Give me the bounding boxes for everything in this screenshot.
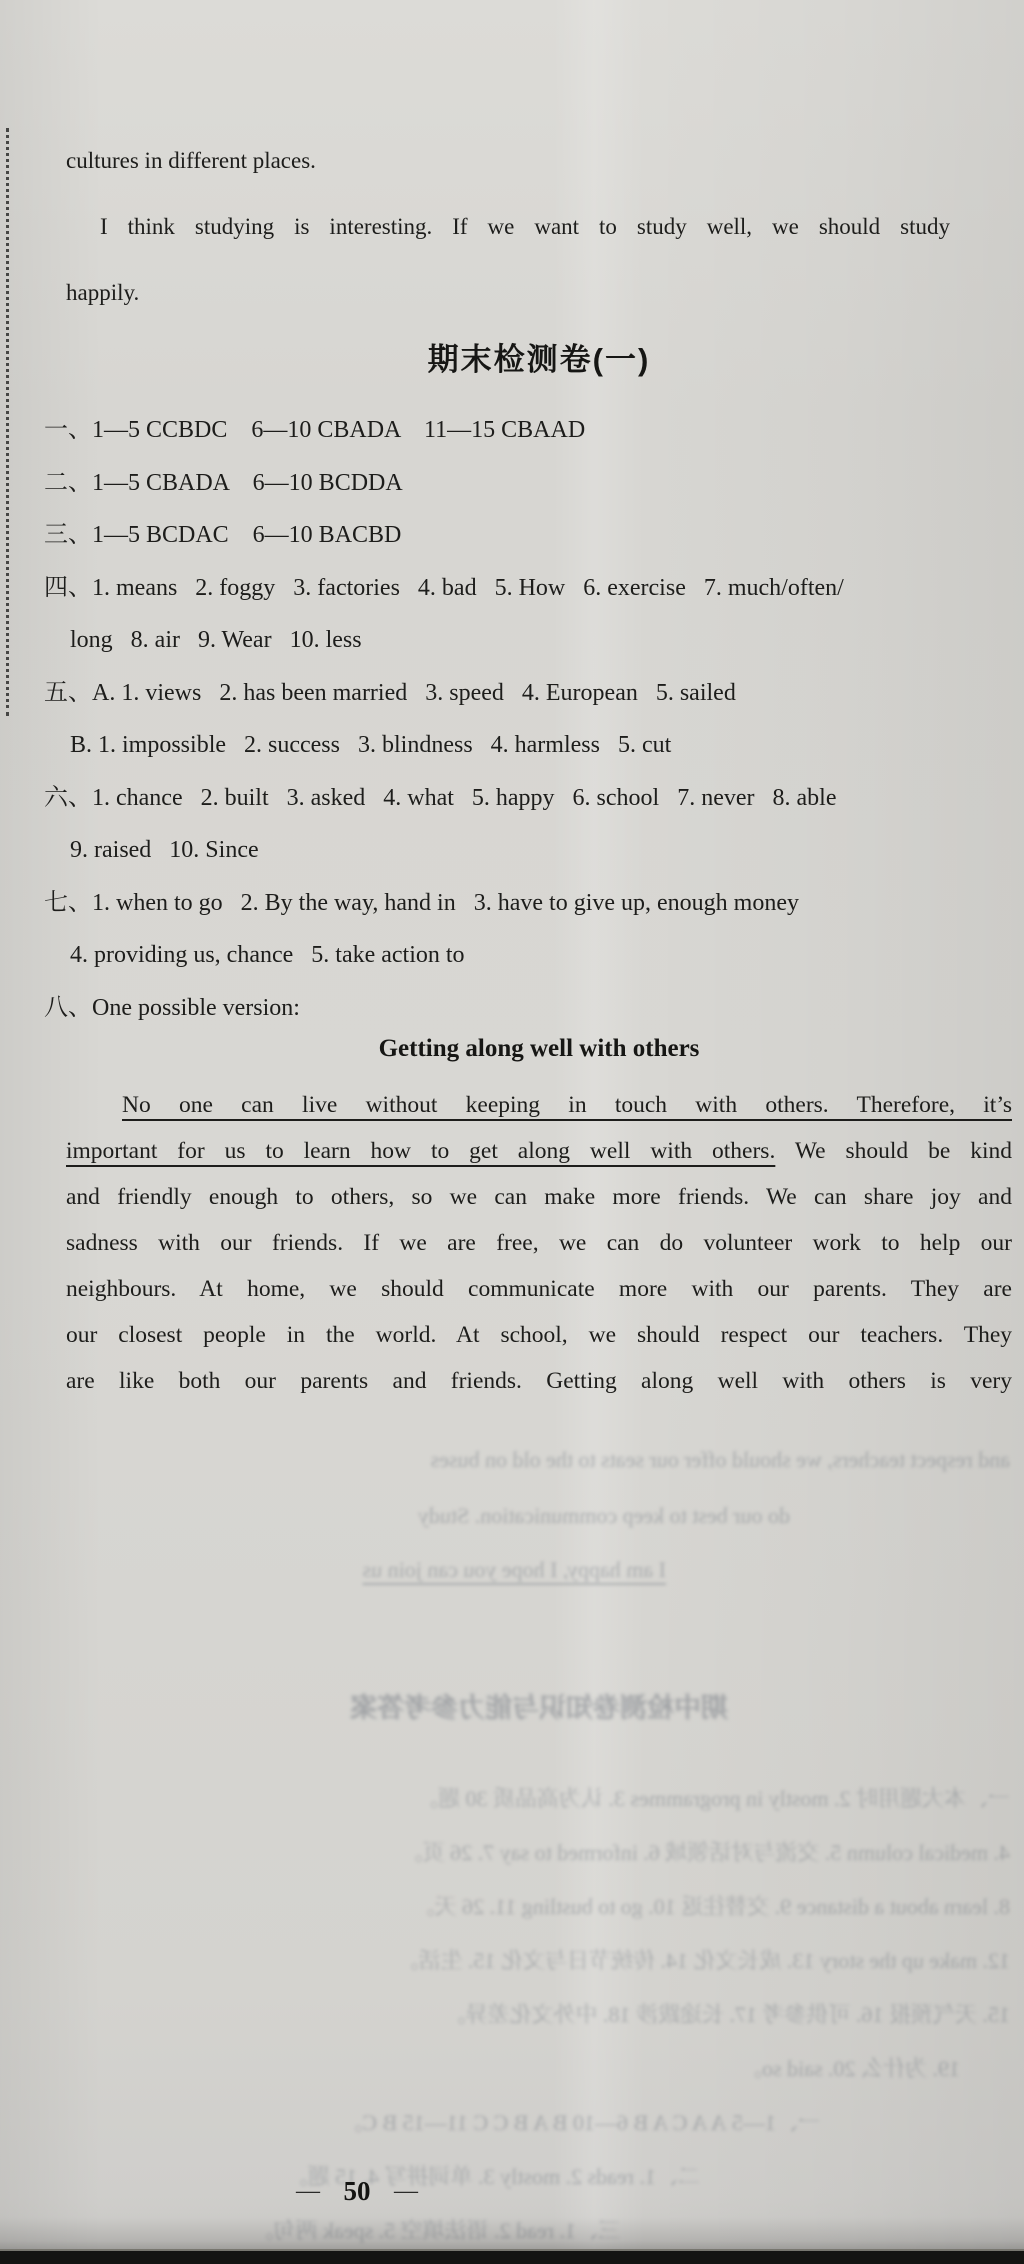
- bleed-through-line: and respect teachers, we should offer ou…: [60, 1447, 1010, 1473]
- paragraph-line: happily.: [66, 260, 950, 326]
- answer-line-5b: B. 1. impossible 2. success 3. blindness…: [44, 719, 1016, 772]
- bleed-through-line: do our best to keep communication. Study: [60, 1503, 790, 1529]
- essay-line: important for us to learn how to get alo…: [66, 1128, 1012, 1174]
- answer-key-block: 一、1—5 CCBDC 6—10 CBADA 11—15 CBAAD 二、1—5…: [44, 404, 1016, 1034]
- essay-text: neighbours. At home, we should communica…: [66, 1276, 1012, 1302]
- paragraph-line: cultures in different places.: [66, 128, 950, 194]
- essay-line: neighbours. At home, we should communica…: [66, 1266, 1012, 1312]
- bleed-through-line: 15. 天气预报 16. 可供参考 17. 长途跋涉 18. 中外文化差异。: [60, 1998, 1010, 2029]
- answer-line-4b: long 8. air 9. Wear 10. less: [44, 614, 1016, 667]
- bleed-through-line: 4. medical column 5. 交流与对话领域 6. informed…: [60, 1836, 1010, 1867]
- essay-line: sadness with our friends. If we are free…: [66, 1220, 1012, 1266]
- scanned-answer-page: cultures in different places. I think st…: [0, 0, 1024, 2264]
- bleed-through-heading: 期中检测卷知识与能力参考答案: [66, 1686, 1012, 1725]
- binding-dotted-line: [6, 128, 9, 716]
- bleed-through-line: 一、1—5 A A C A B 6—10 B A B C C 11—15 B C…: [60, 2106, 820, 2137]
- essay-text: are like both our parents and friends. G…: [66, 1368, 1012, 1394]
- essay-line: our closest people in the world. At scho…: [66, 1312, 1012, 1358]
- answer-line-3: 三、1—5 BCDAC 6—10 BACBD: [44, 509, 1016, 562]
- page-number-value: 50: [344, 2176, 371, 2207]
- essay-text: We should be kind: [775, 1138, 1012, 1164]
- answer-line-5a: 五、A. 1. views 2. has been married 3. spe…: [44, 667, 1016, 720]
- top-paragraph: cultures in different places. I think st…: [66, 128, 950, 326]
- page-number: — 50 —: [296, 2176, 418, 2207]
- answer-line-1: 一、1—5 CCBDC 6—10 CBADA 11—15 CBAAD: [44, 404, 1016, 457]
- essay-text: and friendly enough to others, so we can…: [66, 1184, 1012, 1210]
- essay-text: our closest people in the world. At scho…: [66, 1322, 1012, 1348]
- page-number-dash-left: —: [296, 2178, 320, 2205]
- essay-line: are like both our parents and friends. G…: [66, 1358, 1012, 1404]
- answer-line-6: 六、1. chance 2. built 3. asked 4. what 5.…: [44, 772, 1016, 825]
- section-heading: 期末检测卷(一): [66, 334, 1012, 379]
- model-essay: Getting along well with others No one ca…: [66, 1026, 1012, 1404]
- essay-line: No one can live without keeping in touch…: [66, 1082, 1012, 1128]
- bleed-through-line: 一、本大题用时 2. mostly in programmes 3. 认为高品质…: [60, 1782, 1010, 1813]
- paragraph-line: I think studying is interesting. If we w…: [66, 194, 950, 260]
- scan-edge: [0, 2249, 1024, 2264]
- bleed-through-line: 12. make up the story 13. 成长文化 14. 传统节日与…: [60, 1944, 1010, 1975]
- underlined-sentence: No one can live without keeping in touch…: [122, 1092, 1012, 1118]
- page-bottom-shadow: [0, 2217, 1024, 2251]
- answer-line-7b: 4. providing us, chance 5. take action t…: [44, 929, 1016, 982]
- answer-line-6b: 9. raised 10. Since: [44, 824, 1016, 877]
- essay-title: Getting along well with others: [66, 1026, 1012, 1072]
- answer-line-7: 七、1. when to go 2. By the way, hand in 3…: [44, 877, 1016, 930]
- underlined-sentence: important for us to learn how to get alo…: [66, 1138, 775, 1164]
- page-number-dash-right: —: [394, 2178, 418, 2205]
- bleed-through-line: I am happy, I hope you can join us: [180, 1557, 666, 1583]
- bleed-through-line: 19. 为什么 20. said so。: [60, 2052, 960, 2083]
- essay-line: and friendly enough to others, so we can…: [66, 1174, 1012, 1220]
- essay-text: sadness with our friends. If we are free…: [66, 1230, 1012, 1256]
- answer-line-4: 四、1. means 2. foggy 3. factories 4. bad …: [44, 562, 1016, 615]
- bleed-through-line: 8. learn about a distance 9. 交替往返 10. go…: [60, 1890, 1010, 1921]
- answer-line-2: 二、1—5 CBADA 6—10 BCDDA: [44, 457, 1016, 510]
